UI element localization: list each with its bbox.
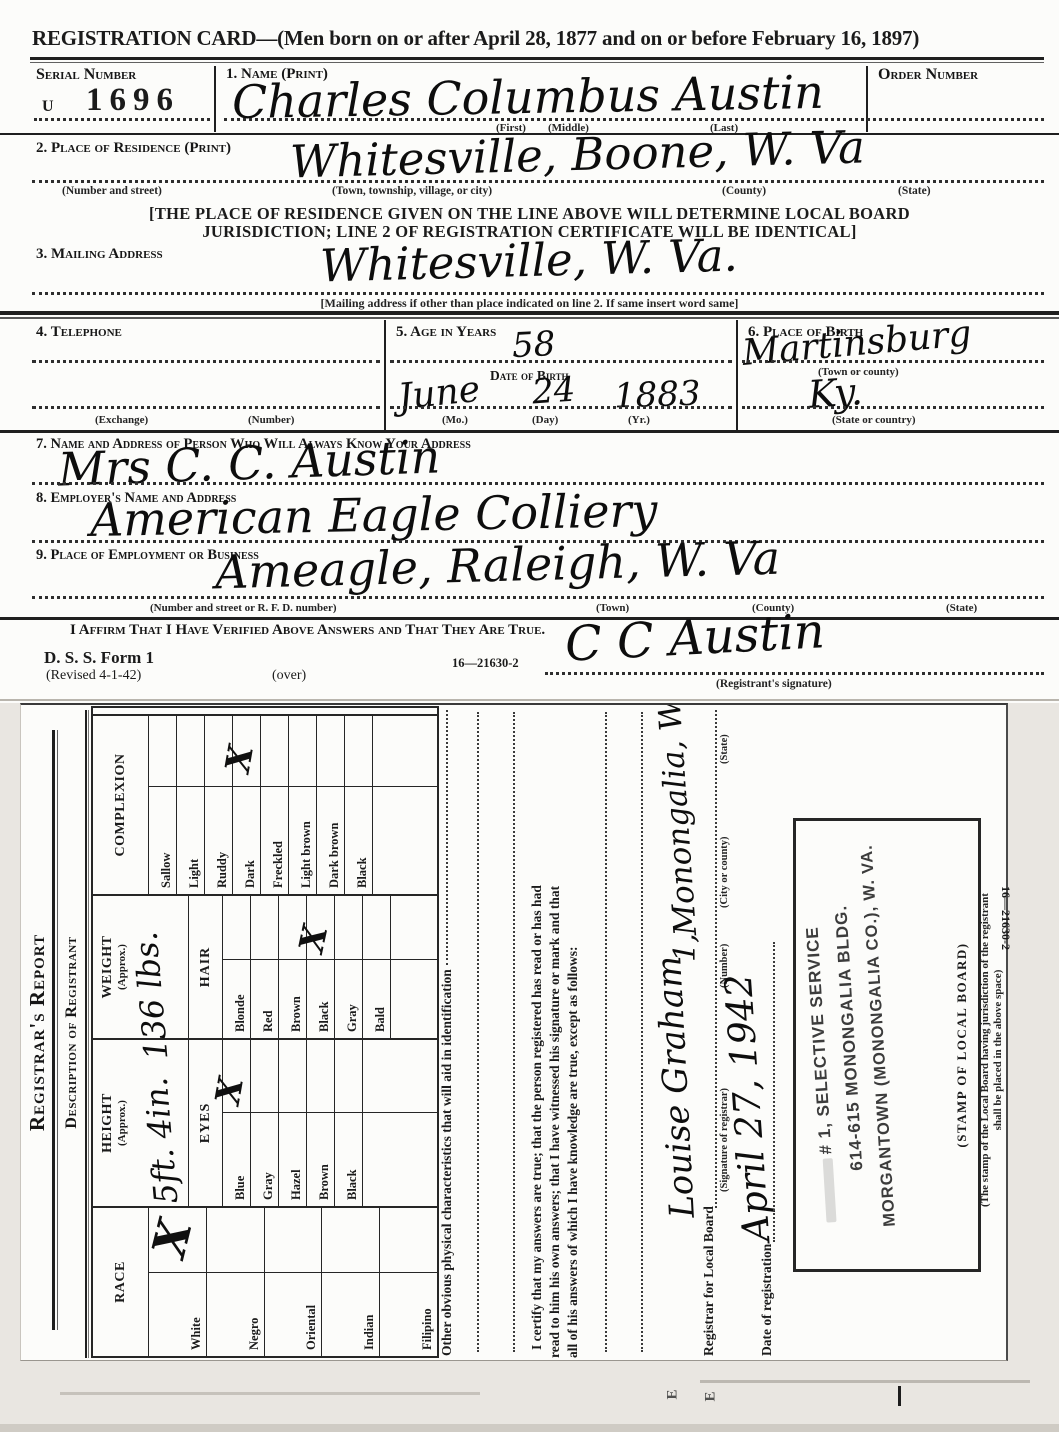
stamp-line1: # 1, SELECTIVE SERVICE: [802, 926, 835, 1155]
eyes-option-label: Gray: [251, 1112, 278, 1206]
report-subtitle-rule-thick: [85, 710, 87, 1358]
eyes-row-hazel: Hazel: [279, 1040, 307, 1206]
other-characteristics-row: Other obvious physical characteristics t…: [439, 710, 455, 1356]
eyes-row-brown: Brown: [307, 1040, 335, 1206]
height-header: HEIGHT: [100, 1093, 116, 1153]
race-row-indian: Indian: [322, 1208, 380, 1356]
hair-option-label: Blonde: [223, 959, 250, 1038]
complexion-row-freckled: Freckled: [261, 716, 289, 894]
height-sub: (Approx.): [116, 1100, 128, 1146]
eyes-option-label: Brown: [307, 1112, 334, 1206]
serial-number-value: 1696: [86, 82, 180, 119]
race-row-negro: Negro: [207, 1208, 265, 1356]
dob-caption-month: (Mo.): [442, 414, 468, 426]
complexion-option-label: Black: [345, 786, 372, 894]
eyes-option-label: Hazel: [279, 1112, 306, 1206]
residence-caption-street: (Number and street): [62, 185, 162, 197]
report-title-rule-thick: [52, 730, 55, 1330]
hair-row-gray: Gray: [335, 896, 363, 1038]
affirmation-text: I Affirm That I Have Verified Above Answ…: [70, 622, 545, 639]
residence-label: 2. Place of Residence (Print): [36, 140, 231, 157]
hair-row-bald: Bald: [363, 896, 391, 1038]
registration-date-dotted-line: [773, 942, 775, 1242]
scan-artifact-letter: E: [665, 1389, 682, 1399]
certify-blank-line1: [605, 712, 607, 1352]
employment-dotted-line: [32, 596, 1044, 599]
other-blank-line1: [477, 712, 479, 1352]
complexion-column: COMPLEXION Sallow Light Ruddy Dark Freck…: [93, 714, 437, 894]
certify-blank-line2: [641, 712, 643, 1352]
description-table: RACE White Negro Oriental Indian Filipin…: [91, 706, 439, 1358]
registration-card-back: Registrar's Report Description of Regist…: [20, 703, 1008, 1361]
stamp-caption: (STAMP OF LOCAL BOARD): [954, 821, 970, 1269]
complexion-row-sallow: Sallow: [149, 716, 177, 894]
certify-line2: read to him his own answers; that I have…: [547, 708, 563, 1358]
complexion-check-cell: [261, 716, 288, 786]
registration-card-front: REGISTRATION CARD—(Men born on or after …: [0, 0, 1059, 703]
complexion-option-label: Light brown: [289, 786, 316, 894]
age-handwritten: 58: [511, 327, 556, 363]
dob-day-handwritten: 24: [531, 373, 577, 410]
scan-artifact-streak: [60, 1392, 480, 1395]
birth-caption-state: (State or country): [832, 414, 916, 426]
title-rule-thick: [30, 57, 1044, 60]
height-value-handwritten: 5ft. 4in.: [140, 1076, 183, 1205]
hair-row-blonde: Blonde: [223, 896, 251, 1038]
hair-row-brown: Brown: [279, 896, 307, 1038]
race-check-cell: [322, 1208, 379, 1272]
complexion-row-light-brown: Light brown: [289, 716, 317, 894]
form-code: 16—21630-2: [452, 656, 519, 671]
card-title: REGISTRATION CARD—(Men born on or after …: [32, 26, 919, 51]
name-dotted-line: [224, 118, 1044, 121]
telephone-label: 4. Telephone: [36, 324, 122, 341]
complexion-check-cell: [345, 716, 372, 786]
registrar-caption-city: (City or county): [719, 836, 730, 908]
mailing-rule-thick: [0, 311, 1059, 315]
divider-age-birth: [736, 320, 738, 431]
certify-line1: I certify that my answers are true; that…: [529, 705, 545, 1350]
residence-caption-town: (Town, township, village, or city): [332, 185, 492, 197]
registrar-label: Registrar for Local Board: [701, 1206, 717, 1356]
race-check-cell: [207, 1208, 264, 1272]
registrar-signature-handwritten: Louise Graham: [652, 955, 700, 1219]
registrar-caption-state: (State): [719, 734, 730, 764]
hair-check-cell: [223, 896, 250, 959]
eyes-check-cell: [335, 1040, 362, 1112]
scan-artifact-streak: [700, 1380, 1030, 1383]
hair-option-label: Brown: [279, 959, 306, 1038]
eyes-option-label: Blue: [223, 1112, 250, 1206]
eyes-check-cell: [307, 1040, 334, 1112]
telephone-caption-exchange: (Exchange): [95, 414, 148, 426]
report-subtitle-rule-thin: [88, 710, 89, 1358]
registrar-number-handwritten: 1,: [671, 933, 701, 962]
report-subtitle: Description of Registrant: [63, 705, 81, 1360]
employment-caption-state: (State): [946, 602, 977, 614]
residence-dotted-line: [32, 180, 1044, 183]
eyes-row-gray: Gray: [251, 1040, 279, 1206]
form-revision: (Revised 4-1-42): [46, 668, 141, 684]
name-handwritten: Charles Columbus Austin: [232, 69, 825, 125]
scan-artifact-tick: [898, 1386, 901, 1406]
report-title: Registrar's Report: [25, 705, 50, 1360]
hair-check-cell: [335, 896, 362, 959]
report-title-rule-thin: [57, 730, 58, 1330]
telephone-dotted-line2: [32, 406, 380, 409]
over-note: (over): [272, 668, 306, 684]
mailing-caption: [Mailing address if other than place ind…: [0, 296, 1059, 311]
age-label: 5. Age in Years: [396, 324, 496, 341]
hair-option-label: Red: [251, 959, 278, 1038]
complexion-row-light: Light: [177, 716, 205, 894]
birth-dotted-line2: [742, 406, 1044, 409]
certify-line3: all of his answers of which I have knowl…: [565, 708, 581, 1358]
complexion-row-black: Black: [345, 716, 373, 894]
stamp-note-line2: shall be placed in the above space): [992, 740, 1004, 1360]
complexion-check-cell: [289, 716, 316, 786]
hair-empty-cell: [391, 896, 437, 1038]
employment-handwritten: Ameagle, Raleigh, W. Va: [214, 535, 780, 596]
local-board-stamp-box: # 1, SELECTIVE SERVICE 614-615 MONONGALI…: [793, 818, 981, 1272]
registration-date-label: Date of registration: [759, 1244, 775, 1356]
complexion-check-cell: [149, 716, 176, 786]
race-column: RACE White Negro Oriental Indian Filipin…: [93, 1206, 437, 1356]
divider-serial-name: [214, 66, 216, 132]
race-header: RACE: [113, 1261, 129, 1303]
registrar-dotted-line: [715, 710, 717, 1208]
complexion-option-label: Sallow: [149, 786, 176, 894]
signature-dotted-line: [545, 672, 1044, 675]
mailing-dotted-line: [32, 292, 1044, 295]
race-option-label: White: [149, 1272, 206, 1356]
row7-bottom-rule: [0, 617, 1059, 620]
complexion-option-label: Light: [177, 786, 204, 894]
eyes-check-cell: [279, 1040, 306, 1112]
employment-caption-street: (Number and street or R. F. D. number): [150, 602, 337, 614]
form-number: D. S. S. Form 1: [44, 648, 154, 668]
registrar-place-handwritten: Monongalia, W.Va.: [651, 703, 702, 937]
front-bottom-edge: [0, 699, 1059, 701]
eyes-row-blue: Blue: [223, 1040, 251, 1206]
race-check-cell: [380, 1208, 437, 1272]
eyes-blue-checkmark: X: [211, 1075, 249, 1107]
mailing-handwritten: Whitesville, W. Va.: [319, 233, 738, 289]
complexion-row-dark-brown: Dark brown: [317, 716, 345, 894]
eyes-row-black: Black: [335, 1040, 363, 1206]
residence-caption-county: (County): [722, 185, 766, 197]
complexion-empty-cell: [373, 716, 437, 894]
hair-check-cell: [363, 896, 390, 959]
other-blank-line2: [513, 712, 515, 1352]
hair-header: HAIR: [189, 896, 223, 1038]
residence-handwritten: Whitesville, Boone, W. Va: [290, 124, 866, 184]
dob-caption-year: (Yr.): [628, 414, 650, 426]
dob-dotted-line: [390, 406, 732, 409]
employment-caption-town: (Town): [596, 602, 629, 614]
eyes-check-cell: [251, 1040, 278, 1112]
back-form-code: 16—21630-2: [998, 886, 1013, 950]
hair-option-label: Gray: [335, 959, 362, 1038]
dob-caption-day: (Day): [532, 414, 558, 426]
stamp-note-line1: (The stamp of the Local Board having jur…: [979, 740, 991, 1360]
registrar-report-section: Registrar's Report Description of Regist…: [20, 703, 1005, 1358]
scan-bottom-edge: [0, 1424, 1059, 1432]
eyes-header: EYES: [189, 1040, 223, 1206]
scan-artifact-letter: E: [703, 1391, 720, 1401]
divider-name-order: [866, 66, 868, 132]
employer-handwritten: American Eagle Colliery: [90, 487, 658, 543]
residence-caption-state: (State): [898, 185, 931, 197]
serial-dotted-line: [34, 118, 210, 121]
race-row-oriental: Oriental: [265, 1208, 323, 1356]
race-option-label: Negro: [207, 1272, 264, 1356]
race-option-label: Filipino: [380, 1272, 437, 1356]
divider-phone-age: [384, 320, 386, 431]
hair-check-cell: [251, 896, 278, 959]
jurisdiction-notice-line1: [THE PLACE OF RESIDENCE GIVEN ON THE LIN…: [0, 204, 1059, 224]
hair-row-red: Red: [251, 896, 279, 1038]
other-characteristics-dots: [446, 710, 448, 965]
complexion-option-label: Dark: [233, 786, 260, 894]
stamp-faded-text: [823, 1158, 837, 1222]
complexion-option-label: Dark brown: [317, 786, 344, 894]
weight-value-handwritten: 136 lbs.: [129, 930, 172, 1061]
race-option-label: Indian: [322, 1272, 379, 1356]
weight-header: WEIGHT: [100, 936, 116, 999]
row4-bottom-rule: [0, 430, 1059, 433]
telephone-dotted-line1: [32, 360, 380, 363]
telephone-caption-number: (Number): [248, 414, 294, 426]
birth-dotted-line1: [742, 360, 1044, 363]
race-check-cell: [265, 1208, 322, 1272]
mailing-label: 3. Mailing Address: [36, 246, 163, 263]
dob-month-handwritten: June: [396, 372, 481, 416]
race-row-filipino: Filipino: [380, 1208, 437, 1356]
eyes-empty-cell: [363, 1040, 437, 1206]
order-number-label: Order Number: [878, 66, 978, 84]
race-option-label: Oriental: [265, 1272, 322, 1356]
complexion-header: COMPLEXION: [113, 754, 129, 857]
age-dotted-line: [390, 360, 732, 363]
serial-prefix: U: [42, 98, 54, 116]
eyes-option-label: Black: [335, 1112, 362, 1206]
complexion-option-label: Freckled: [261, 786, 288, 894]
complexion-row-dark: Dark: [233, 716, 261, 894]
complexion-check-cell: [317, 716, 344, 786]
registration-date-handwritten: April 27, 1942: [720, 973, 776, 1243]
local-board-stamp: # 1, SELECTIVE SERVICE 614-615 MONONGALI…: [793, 837, 901, 1261]
weight-sub: (Approx.): [116, 944, 128, 990]
complexion-dark-checkmark: X: [221, 743, 259, 775]
hair-row-black: Black: [307, 896, 335, 1038]
signature-caption: (Registrant's signature): [716, 678, 832, 690]
hair-option-label: Bald: [363, 959, 390, 1038]
complexion-option-label: Ruddy: [205, 786, 232, 894]
complexion-check-cell: [177, 716, 204, 786]
other-characteristics-label: Other obvious physical characteristics t…: [439, 969, 455, 1356]
title-rule-thin: [30, 62, 1044, 63]
hair-option-label: Black: [307, 959, 334, 1038]
registrant-signature-handwritten: C C Austin: [564, 607, 826, 669]
